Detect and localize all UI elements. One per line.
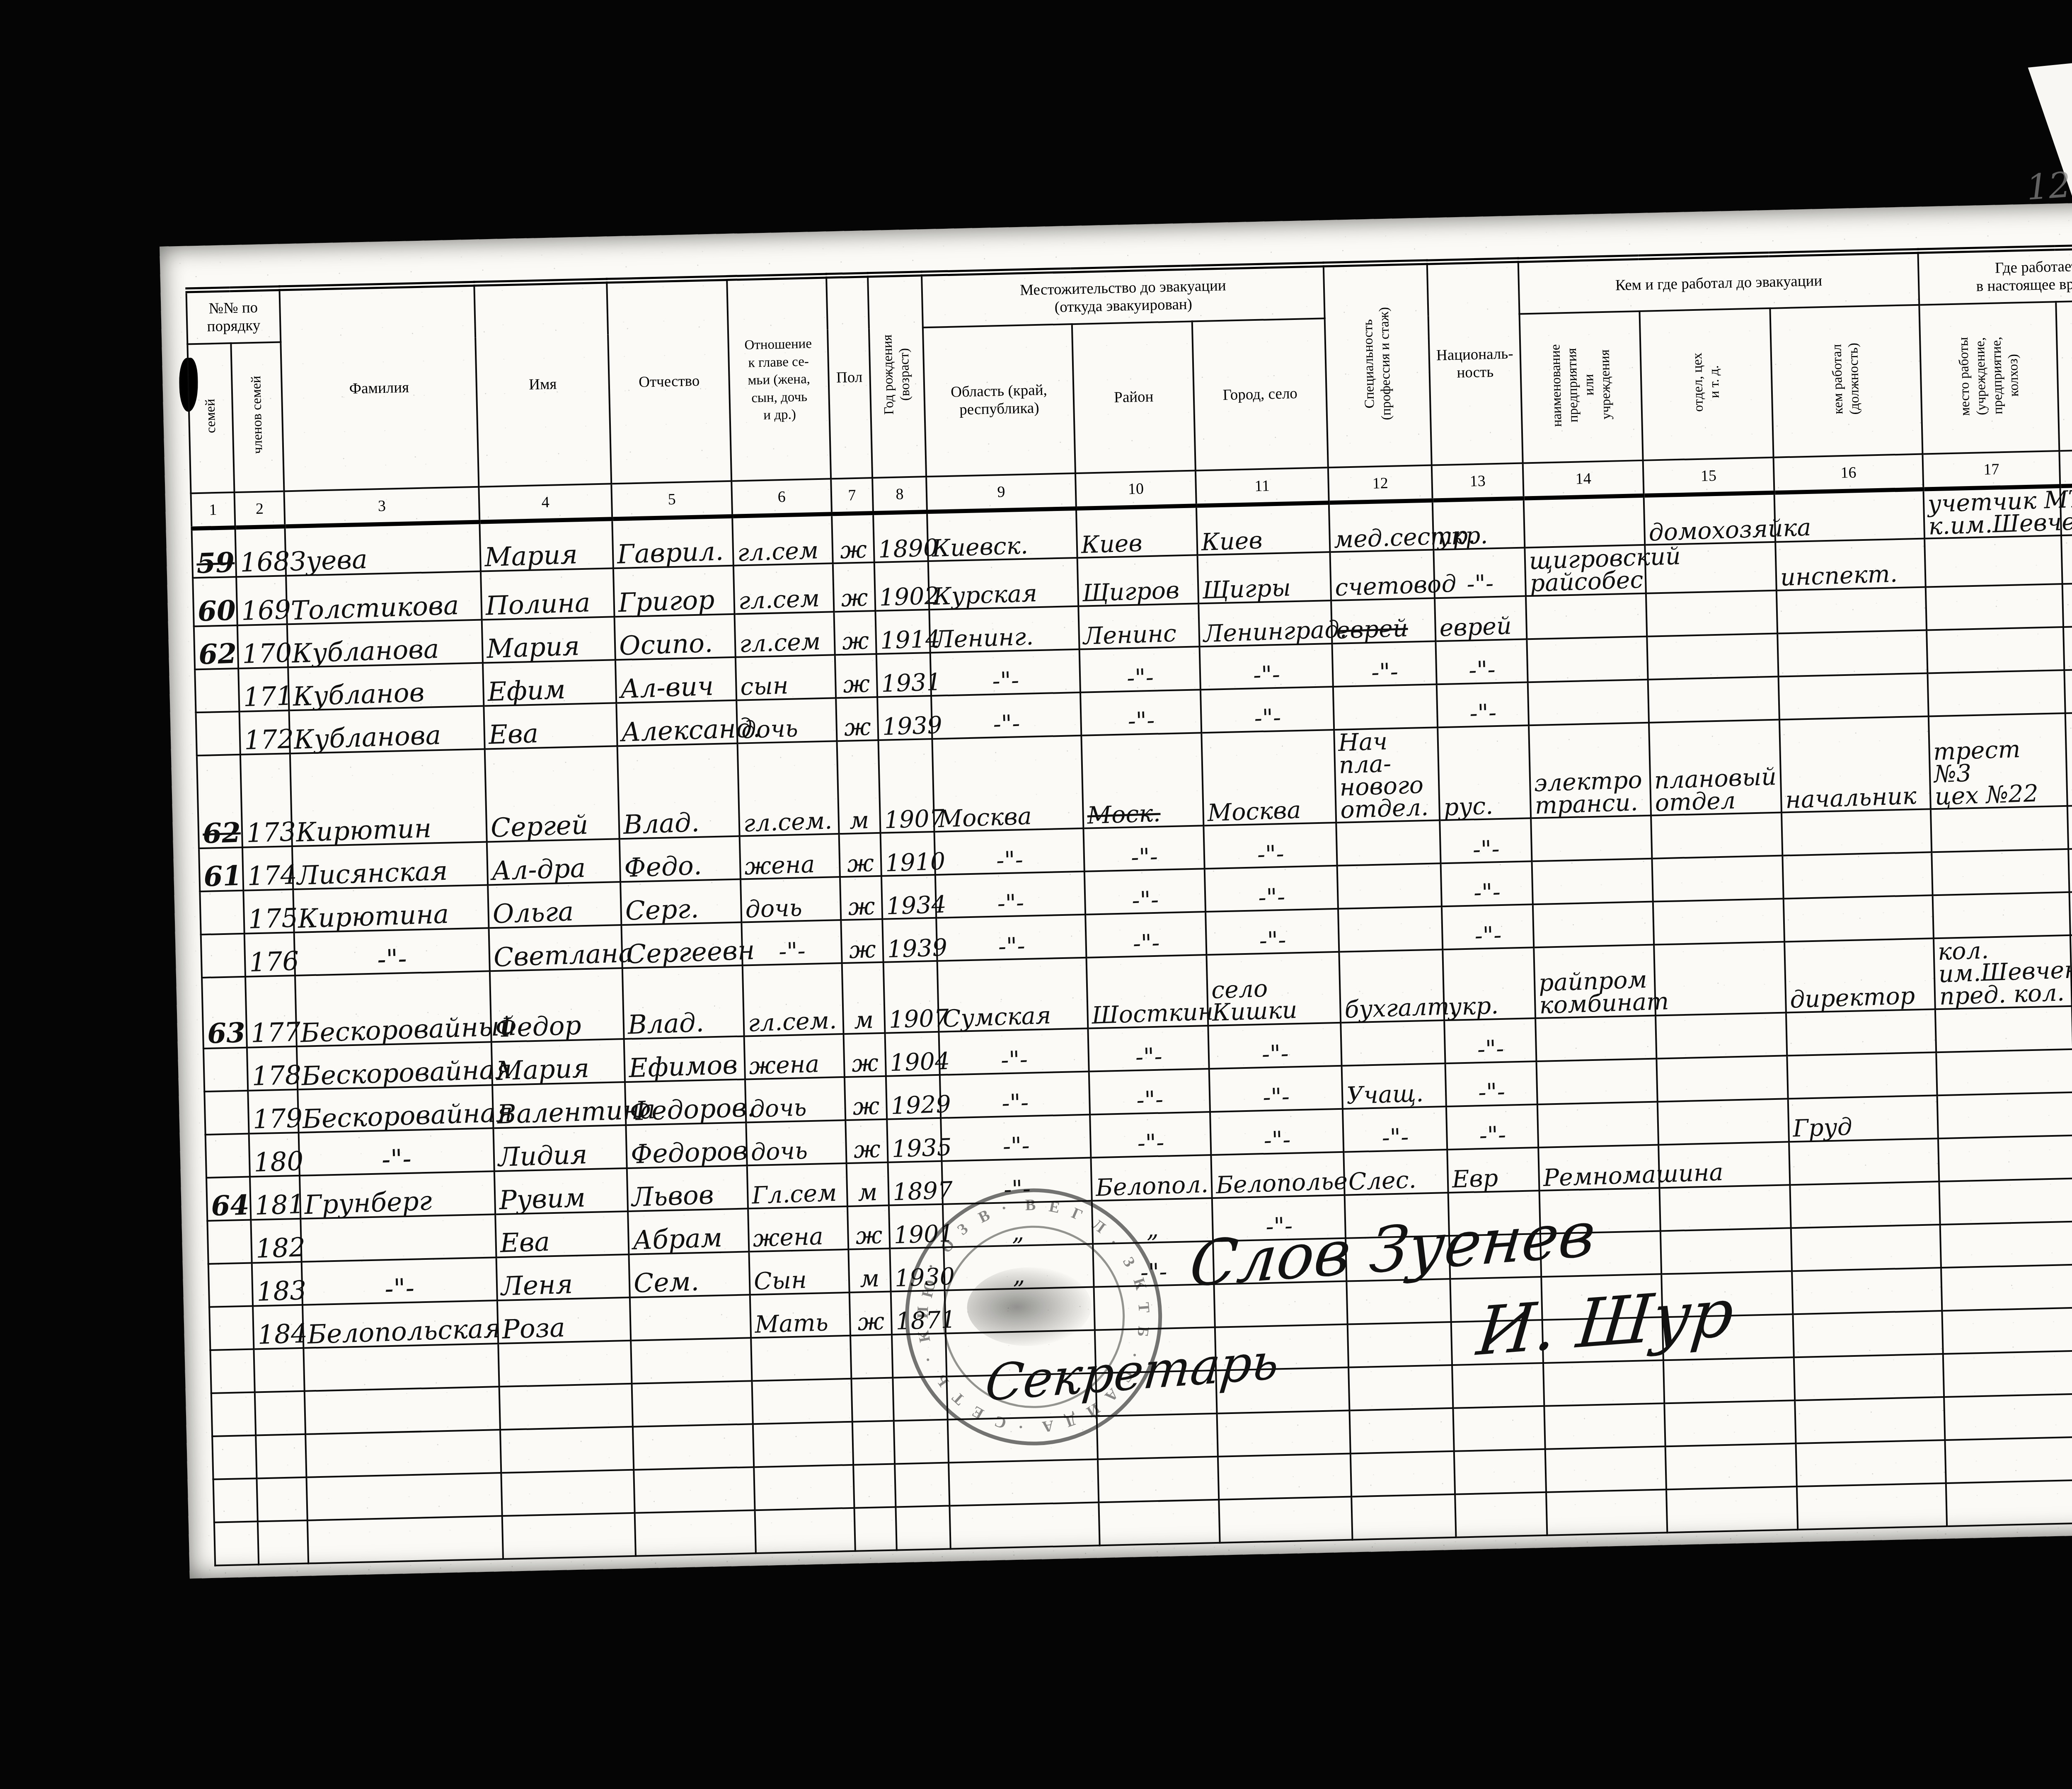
empty-cell [255,1391,305,1435]
cell-col10: Шосткин [1087,955,1208,1028]
empty-cell [1217,1410,1351,1456]
empty-cell [254,1348,304,1392]
cell-col11: Белополье [1211,1152,1344,1198]
empty-cell [1099,1499,1220,1545]
cell-col2: 178 [247,1046,298,1091]
cell-col16: Груд [1788,1095,1938,1142]
handwritten-entry: -"- [1254,707,1281,730]
cell-col12 [1337,863,1442,909]
cell-col11: -"- [1208,1022,1341,1068]
column-number: 11 [1196,467,1329,506]
cell-col3: Грунберг [300,1171,495,1219]
cell-col4: Ефим [483,660,616,706]
column-number: 4 [479,484,612,522]
handwritten-entry: Сергей [490,813,588,841]
empty-cell [1664,1400,1796,1446]
handwritten-entry: Сын [753,1269,807,1293]
cell-col1 [201,934,245,978]
cell-col9: Ленинг. [929,606,1079,652]
cell-col13: -"- [1440,818,1532,863]
handwritten-entry: 1930 [894,1266,955,1290]
cell-col9: Сумская [937,958,1088,1032]
empty-cell [752,1378,852,1423]
handwritten-entry: дочь [750,1140,808,1164]
cell-col11: -"- [1209,1065,1343,1111]
cell-col7: ж [845,1119,888,1163]
handwritten-entry: Сергеевн [626,938,755,967]
cell-col8: 1907 [878,739,934,833]
handwritten-entry: Бескоровайная [301,1057,513,1089]
cell-col5: Сергеевн [621,922,742,968]
cell-col17 [1926,584,2063,630]
cell-col4: Леня [496,1254,630,1300]
cell-col3: Кирютина [293,885,489,933]
header-relation: Отношение к главе се- мьи (жена, сын, до… [727,276,831,481]
column-number: 7 [831,478,873,514]
handwritten-entry: -"- [1472,838,1500,861]
cell-col7: м [848,1248,891,1292]
cell-col10: Белопол. [1091,1155,1212,1201]
cell-col7: ж [841,919,883,963]
cell-col8: 1930 [890,1247,944,1291]
handwritten-entry: 62 [198,640,237,668]
cell-col8: 1939 [877,696,932,740]
empty-cell [1797,1483,1947,1530]
handwritten-entry: -"- [1000,1048,1028,1072]
cell-col8: 1931 [876,653,931,697]
empty-cell [258,1520,308,1564]
empty-cell [1665,1443,1797,1489]
cell-col12: счетовод [1330,550,1435,600]
handwritten-entry: 1904 [889,1050,950,1075]
handwritten-entry: -"- [1263,1129,1291,1152]
empty-cell [1942,1307,2072,1353]
empty-cell [753,1421,853,1467]
handwritten-entry: Григор [618,587,715,615]
empty-cell [850,1334,893,1378]
handwritten-entry: -"- [1478,1081,1506,1104]
handwritten-entry: Кирютин [295,816,432,845]
handwritten-entry: Кирютина [298,902,449,932]
handwritten-entry: -"- [998,935,1026,958]
cell-col8: 1914 [875,610,930,654]
handwritten-entry: ж [847,895,875,918]
handwritten-entry: -"- [1135,1046,1163,1069]
cell-col2: 171 [238,667,289,712]
cell-col4: Ал-дра [487,839,620,885]
cell-col5: Федоров. [625,1079,746,1125]
empty-cell [895,1462,949,1507]
cell-col9: „ [943,1201,1093,1247]
cell-col2: 170 [237,624,288,668]
handwritten-entry: Львов [631,1182,714,1210]
empty-cell [303,1344,499,1391]
cell-col12: бухгалт. [1339,949,1444,1022]
cell-col7: м [837,740,880,834]
handwritten-entry: домохозяйка [1648,516,1812,544]
handwritten-entry: -"- [1474,924,1502,947]
handwritten-entry: 170 [242,640,292,667]
empty-cell [214,1521,259,1565]
empty-cell [1098,1456,1219,1502]
header-position: кем работал (должность) [1770,305,1922,458]
handwritten-entry: -"- [1137,1132,1164,1155]
cell-col7: м [847,1162,889,1206]
cell-col1 [196,711,240,755]
handwritten-entry: директор [1789,985,1915,1011]
handwritten-entry: ж [851,1052,879,1075]
cell-col1: 62 [197,754,242,848]
header-rayon: Район [1072,322,1196,473]
empty-cell [306,1473,502,1520]
handwritten-entry: 175 [248,906,298,932]
header-birth-year: Год рождения (возраст) [868,274,926,478]
cell-col2: 180 [249,1132,300,1177]
cell-col7: ж [839,833,881,877]
handwritten-entry: начальник [1785,784,1917,811]
cell-col11: -"- [1205,866,1338,912]
cell-col13: Евр [1447,1147,1539,1193]
cell-col7: ж [832,513,874,564]
empty-cell [634,1467,755,1513]
handwritten-entry: 177 [250,1019,301,1046]
cell-col5: Федоров [626,1122,747,1168]
cell-col11: Щигры [1198,552,1331,603]
column-number: 5 [611,481,732,519]
header-speciality: Специальность (профессия и стаж) [1324,262,1432,468]
cell-col10: -"- [1080,646,1201,692]
cell-col10: Киев [1076,506,1198,558]
handwritten-entry: Моск. [1087,802,1161,827]
cell-col6: Гл.сем [747,1163,847,1208]
cell-col1 [195,668,239,712]
handwritten-entry: 171 [243,683,293,710]
handwritten-entry: -"- [1126,666,1154,690]
handwritten-entry: гл.сем [738,587,820,612]
handwritten-entry: 1901 [893,1223,954,1247]
column-number: 14 [1523,460,1644,499]
cell-col16 [1779,673,1929,719]
empty-cell [210,1349,254,1393]
handwritten-entry: укр. [1437,524,1488,548]
handwritten-entry: 1934 [886,893,947,918]
cell-col15 [1647,633,1778,679]
cell-col16: инспект. [1775,539,1926,590]
handwritten-entry: 169 [241,597,291,624]
cell-col1: 62 [194,625,238,669]
cell-col1 [207,1220,252,1264]
cell-col1 [206,1133,250,1177]
cell-col12: Нач пла- нового отдел. [1334,727,1440,823]
cell-col3: Кирютин [290,749,487,846]
cell-col3: Бескоровайная [297,1042,492,1089]
handwritten-entry: Сем. [633,1269,700,1296]
header-group-residence: Местожительство до эвакуации (откуда эва… [922,264,1325,327]
cell-col14 [1526,593,1647,639]
handwritten-entry: плановый отдел [1654,765,1778,814]
cell-col10: -"- [1080,690,1201,736]
handwritten-entry: Кубланова [291,637,439,666]
empty-cell [1097,1413,1218,1459]
handwritten-entry: Киев [1201,529,1263,554]
handwritten-entry: -"- [384,1276,415,1301]
handwritten-entry: укр. [1448,995,1499,1019]
cell-col13: укр. [1433,498,1525,550]
cell-col12: Слес. [1343,1150,1448,1195]
empty-cell [894,1419,949,1464]
handwritten-entry: Нач пла- нового отдел. [1338,729,1436,821]
cell-col1: 60 [193,577,237,626]
handwritten-entry: счетовод [1335,573,1457,599]
handwritten-entry: Мать [755,1312,829,1336]
table-body: 59168ЗуеваМарияГаврил.гл.семж1890Киевск.… [191,482,2072,1565]
handwritten-entry: Полина [485,590,591,618]
cell-col3: Кубланова [289,706,484,753]
cell-col2: 169 [236,576,287,625]
handwritten-entry: Мария [484,542,578,570]
cell-col13: -"- [1435,639,1527,684]
handwritten-entry: Ремномашина [1543,1161,1723,1190]
cell-col2: 172 [239,710,290,755]
empty-cell [949,1502,1099,1549]
empty-cell [1453,1406,1545,1451]
cell-col8: 1897 [888,1161,943,1205]
empty-cell [635,1510,756,1556]
cell-col17 [1931,806,2068,852]
handwritten-entry: Грунберг [304,1189,433,1218]
cell-col13: укр. [1443,947,1535,1020]
cell-col5: Влад. [617,743,740,839]
cell-col14: райпром комбинат [1534,945,1656,1018]
cell-col14 [1531,816,1652,862]
cell-col7: м [842,962,885,1034]
handwritten-entry: Груд [1792,1116,1852,1140]
handwritten-entry: 180 [253,1149,304,1175]
cell-col15 [1659,1185,1791,1231]
cell-col17 [1939,1178,2072,1224]
cell-col18 [2067,804,2072,849]
pencil-mark: 12 [2025,164,2072,208]
handwritten-entry: 1871 [895,1309,956,1333]
handwritten-entry: Лидия [498,1142,588,1170]
handwritten-entry: щигровский райсобес [1529,545,1682,595]
handwritten-entry: Ленинг. [934,626,1034,651]
cell-col9: -"- [941,1114,1091,1161]
cell-col2: 174 [242,846,293,891]
cell-col11: Москва [1201,730,1336,826]
empty-cell [500,1426,634,1472]
empty-cell [1455,1492,1547,1537]
cell-col7: ж [850,1291,892,1335]
handwritten-entry: гл.сем [737,539,819,564]
cell-col18 [2062,581,2072,627]
cell-col6: дочь [746,1120,846,1165]
cell-col7: ж [845,1076,887,1120]
column-number: 10 [1075,470,1196,508]
cell-col17 [1936,1049,2072,1095]
handwritten-entry: Сумская [942,1005,1051,1031]
handwritten-entry: -"- [778,940,806,963]
cell-col16 [1782,809,1932,856]
empty-cell [305,1387,500,1434]
cell-col9: -"- [942,1157,1092,1204]
cell-col10: Ленинс [1078,603,1199,649]
cell-col4: Светлана [489,925,622,971]
handwritten-entry: Бескоровайный [300,1014,517,1046]
handwritten-entry: бухгалт. [1344,995,1457,1021]
empty-cell [499,1383,633,1429]
empty-cell [1546,1489,1667,1535]
handwritten-entry: Влад. [627,1010,704,1037]
handwritten-entry: Ольга [492,899,574,927]
handwritten-entry: -"- [1261,1043,1289,1066]
empty-cell [1452,1363,1544,1408]
handwritten-entry: райпром комбинат [1538,968,1669,1017]
cell-col5: Ефимов [624,1036,745,1082]
handwritten-entry: 1907 [888,1007,949,1031]
empty-cell [893,1376,947,1421]
cell-col11: -"- [1201,687,1334,733]
handwritten-entry: „ [1012,1221,1024,1244]
empty-cell [1349,1408,1454,1453]
empty-cell [1666,1486,1798,1532]
empty-cell [256,1434,306,1478]
cell-col12: еврей [1331,598,1435,644]
cell-col3: -"- [302,1257,497,1305]
cell-col4: Сергей [485,746,620,842]
handwritten-entry: ж [849,938,876,961]
cell-col9: -"- [931,692,1081,738]
empty-cell [949,1459,1099,1506]
empty-cell [631,1338,752,1384]
header-family-no: семей [187,343,234,493]
cell-col15 [1653,899,1784,945]
handwritten-entry: -"- [1001,1092,1029,1115]
cell-col14: Ремномашина [1538,1145,1659,1191]
handwritten-entry: 61 [203,863,242,890]
cell-col14 [1537,1101,1658,1147]
cell-col9: Москва [932,735,1083,832]
cell-col17 [1933,892,2070,938]
cell-col10: -"- [1088,1026,1209,1072]
handwritten-entry: 59 [196,549,235,576]
handwritten-entry: 1897 [892,1179,953,1204]
cell-col6: дочь [736,698,837,743]
cell-col17: учетчик МТФ к.им.Шевченко [1923,486,2061,539]
cell-col13: -"- [1445,1061,1537,1106]
cell-col14 [1532,859,1653,905]
column-number: 2 [235,491,285,528]
handwritten-entry: ж [855,1224,883,1247]
cell-col5: Григор [613,566,735,617]
cell-col2: 175 [243,889,294,934]
cell-col2: 176 [244,932,295,977]
handwritten-entry: 1939 [882,714,943,738]
cell-col1: 61 [199,847,243,891]
handwritten-entry: Белополье [1215,1170,1348,1197]
column-number: 9 [926,473,1076,512]
handwritten-entry: сын [740,675,789,699]
cell-col3: -"- [299,1128,494,1176]
cell-col18 [2061,533,2072,584]
cell-col1 [209,1306,254,1350]
handwritten-entry: -"- [1381,1126,1409,1149]
cell-col7: ж [834,611,876,655]
cell-col5: Абрам [628,1208,749,1254]
column-number: 18 [2059,449,2072,486]
handwritten-entry: Зуева [289,547,368,574]
cell-col9: „ [944,1244,1094,1290]
handwritten-entry: гл.сем. [748,1009,837,1035]
handwritten-entry: -"- [1262,1086,1290,1109]
handwritten-entry: Рувим [499,1185,586,1213]
handwritten-entry: Щигры [1202,577,1291,602]
handwritten-entry: гл.сем. [743,809,833,835]
cell-col6: жена [740,834,840,879]
cell-col14 [1536,1058,1657,1104]
handwritten-entry: Светлана [493,941,634,970]
column-number: 17 [1922,451,2060,489]
handwritten-entry: 1902 [879,585,940,609]
cell-col4: Ева [484,703,617,749]
cell-col9: Курская [928,558,1079,609]
handwritten-entry: жена [748,1053,820,1078]
handwritten-entry: 174 [247,863,298,889]
handwritten-entry: трест №3 цех №22 [1933,736,2063,808]
empty-cell [1348,1365,1453,1410]
cell-col9: -"- [936,915,1086,961]
handwritten-entry: Учащ. [1346,1082,1424,1107]
empty-cell [1219,1496,1352,1542]
cell-col14 [1535,1015,1656,1061]
handwritten-entry: -"- [1371,661,1399,684]
cell-col14 [1533,902,1654,948]
cell-col2: 183 [252,1261,303,1306]
cell-col4: Ева [495,1211,629,1257]
cell-col2: 177 [245,976,297,1047]
cell-col18 [2063,625,2072,670]
cell-col7: ж [835,654,877,698]
cell-col8: 1907 [884,961,939,1033]
cell-col7: ж [833,562,876,612]
cell-col5: Федо. [620,836,741,882]
cell-col7: ж [847,1205,890,1249]
empty-cell [948,1416,1098,1462]
handwritten-entry: ж [857,1310,885,1334]
empty-cell [213,1478,258,1522]
cell-col6: жена [748,1206,848,1251]
cell-col2: 184 [253,1305,303,1349]
handwritten-entry: Толстикова [290,593,459,623]
cell-col15 [1661,1228,1792,1274]
handwritten-entry: Осипо. [619,631,713,658]
header-enterprise: наименование предприятия или учреждения [1520,311,1643,463]
handwritten-entry: -"- [1130,845,1158,869]
handwritten-entry: 181 [254,1192,305,1218]
cell-col12: Учащ. [1342,1063,1446,1109]
handwritten-entry: 168 [240,549,290,576]
cell-col17 [1932,849,2069,895]
cell-col5: Гаврил. [612,516,733,569]
cell-col11: Ленинград. [1198,600,1332,646]
cell-col1 [204,1090,249,1134]
handwritten-entry: -"- [992,712,1020,736]
document-page: №№ по порядку Фамилия Имя Отчество Отнош… [160,196,2072,1578]
handwritten-entry: Белопольская [307,1316,501,1347]
handwritten-entry: Абрам [632,1225,723,1253]
handwritten-entry: 60 [197,597,236,625]
cell-col12 [1341,1020,1445,1066]
